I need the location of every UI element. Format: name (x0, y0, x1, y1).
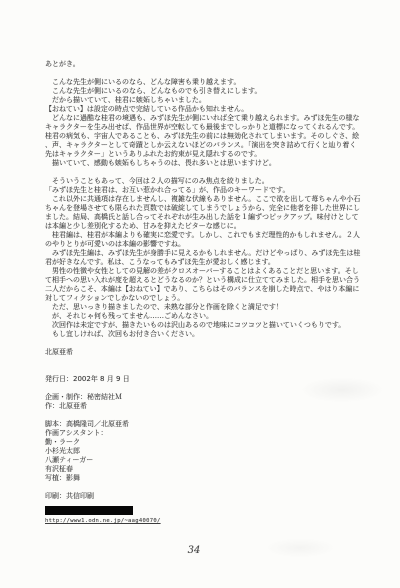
printing-credit: 印刷：共信印刷 (45, 492, 373, 501)
assistants-list: 勤・ラーク小杉光太郎八瀬ティーガー有沢柾春 (45, 438, 373, 474)
afterword-line: こんな先生が側にいるのなら、どんな障害も乗り越えます。 (45, 78, 373, 87)
typesetting-credit: 写植：影舞 (45, 474, 373, 483)
afterword-line: て相手への思い入れが度を超えるとどうなるのか？という構成に仕立ててみました。相手… (45, 276, 373, 285)
assistant-name: 有沢柾春 (45, 465, 373, 474)
afterword-line: 次回作は未定ですが、描きたいものは沢山あるので地味にコツコツと描いていくつもりで… (45, 321, 373, 330)
production-credit: 企画・制作：秘密結社Ｍ (45, 393, 373, 402)
afterword-heading: あとがき。 (45, 60, 373, 69)
afterword-line: キャラクターを生み出せば、作品世界が空転しても最後までしっかりと道標になってくれ… (45, 123, 373, 132)
afterword-line: これ以外に共通項は存在しませんし、複雑な伏線もありません。ここで欲を出して苺ちゃ… (45, 195, 373, 204)
afterword-line: 、声、キャラクターとして奇蹟としか云えないほどのバランス。「演出を突き詰めて行く… (45, 141, 373, 150)
afterword-page: あとがき。 こんな先生が側にいるのなら、どんな障害も乗り越えます。 こんな先生が… (0, 0, 400, 588)
script-credit: 脚本：高橋隆司／北原亜希 (45, 420, 373, 429)
afterword-line: ました。結局、高橋氏と話し合ってそれぞれが生み出した話を１編ずつピックアップ。味… (45, 213, 373, 222)
afterword-line: だから描いていて、桂君に嫉妬しちゃいました。 (45, 96, 373, 105)
afterword-line (45, 168, 373, 177)
publication-date: 発行日：2002年 8 月 9 日 (45, 375, 373, 384)
afterword-line: こんな先生が側にいるのなら、どんなものでも引き替えにします。 (45, 87, 373, 96)
afterword-line: 「みずほ先生と桂君は、お互い惹かれ合ってる」が、作品のキーワードです。 (45, 186, 373, 195)
author-signature: 北原亜希 (45, 348, 373, 357)
afterword-line: そういうこともあって、今回は２人の描写にのみ焦点を絞りました。 (45, 177, 373, 186)
assistant-name: 八瀬ティーガー (45, 456, 373, 465)
afterword-line: のやりとりが可愛いのは本編の影響ですね。 (45, 240, 373, 249)
page-number: 34 (0, 545, 394, 556)
text-block: あとがき。 こんな先生が側にいるのなら、どんな障害も乗り越えます。 こんな先生が… (45, 60, 373, 526)
afterword-line: 桂君編は、桂君が本編よりも確実に恋愛です。しかし、これでもまだ理性的かもしれませ… (45, 231, 373, 240)
afterword-line: 対してフィクションでしかないのでしょう。 (45, 294, 373, 303)
afterword-line: が、それじゃ何も残ってません……ごめんなさい。 (45, 312, 373, 321)
assistant-name: 小杉光太郎 (45, 447, 373, 456)
afterword-line: 桂君の病気も、宇宙人であることも、みずほ先生の前には無効化されてしまいます。その… (45, 132, 373, 141)
assistants-label: 作画アシスタント： (45, 429, 373, 438)
assistant-name: 勤・ラーク (45, 438, 373, 447)
afterword-line: みずほ先生編は、みずほ先生が身勝手に見えるかもしれません。だけどやっぱり、みずほ… (45, 249, 373, 258)
author-credit: 作：北原亜希 (45, 402, 373, 411)
afterword-line: 男性の性徴や女性としての見解の差がクロスオーバーすることはよくあることだと思いま… (45, 267, 373, 276)
afterword-line: どんなに過酷な桂君の境遇も、みずほ先生が側にいれば全て乗り越えられます。みずほ先… (45, 114, 373, 123)
afterword-line: 二人だからこそ、本編は【おねてい】であり、こちらはそのバランスを崩した時点で、や… (45, 285, 373, 294)
afterword-line: ちゃんを登場させても限られた頁数では破綻してしまうでしょうから、完全に他者を排し… (45, 204, 373, 213)
afterword-line: は本編と少し差別化するため、甘みを抑えたビターな感じに。 (45, 222, 373, 231)
colophon: 発行日：2002年 8 月 9 日 企画・制作：秘密結社Ｍ 作：北原亜希 脚本：… (45, 375, 373, 501)
redaction-bar (45, 506, 133, 515)
afterword-line: 君が好きなんです。私は、こうなってもみずほ先生が愛おしく感じます。 (45, 258, 373, 267)
afterword-line: 先はキャラクター」というありふれたお約束が見え隠れするのです。 (45, 150, 373, 159)
afterword-line: ただ、思いっきり描きましたので、未熟な部分と作画を除くと満足です！ (45, 303, 373, 312)
afterword-body: こんな先生が側にいるのなら、どんな障害も乗り越えます。 こんな先生が側にいるのな… (45, 78, 373, 339)
website-url: http://www1.odn.ne.jp/~aag40070/ (45, 517, 373, 526)
afterword-line: 描いていて、感動も嫉妬もしちゃうのは、畏れ多いとは思いますけど。 (45, 159, 373, 168)
afterword-line: もし宜しければ、次回もお付き合いください。 (45, 330, 373, 339)
afterword-line: 【おねてい】は設定の時点で完結している作品かも知れません。 (45, 105, 373, 114)
